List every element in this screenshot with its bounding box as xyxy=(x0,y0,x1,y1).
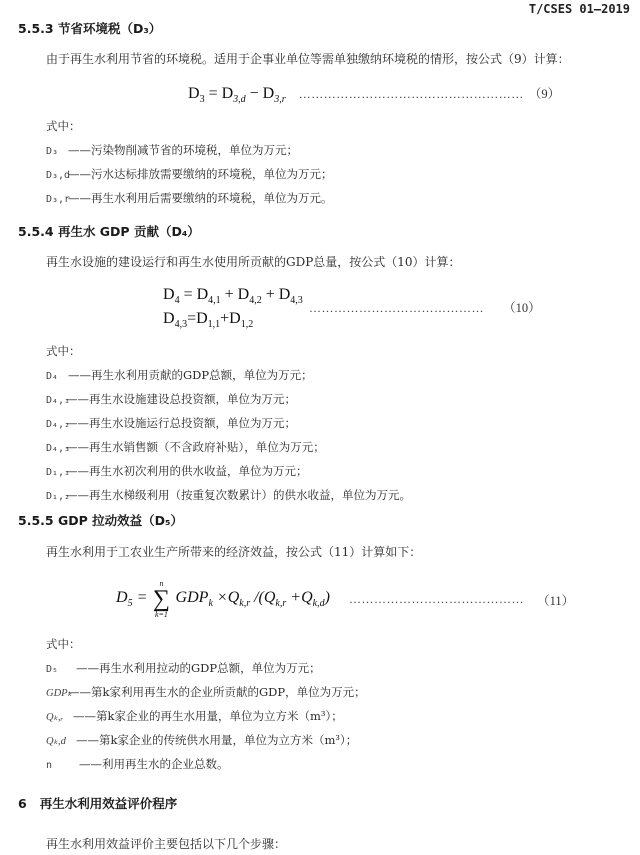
variable-desc: ——第k家企业的再生水用量，单位为立方米（m³）； xyxy=(73,709,343,723)
variable-row: Qₖ,d——第k家企业的传统供水用量，单位为立方米（m³）； xyxy=(46,732,357,748)
section-intro-5-5-3: 由于再生水利用节省的环境税。适用于企事业单位等需单独缴纳环境税的情形，按公式（9… xyxy=(46,50,570,67)
variable-desc: ——污染物削减节省的环境税，单位为万元； xyxy=(68,143,298,157)
variable-row: D₄,₃——再生水销售额（不含政府补贴），单位为万元； xyxy=(46,439,325,455)
formula-9-leader: ……………………………………………… xyxy=(299,87,524,101)
where-label: 式中： xyxy=(46,118,81,134)
where-label: 式中： xyxy=(46,343,81,359)
variable-symbol: D₁,₁ xyxy=(46,467,66,478)
variable-desc: ——再生水利用后需要缴纳的环境税，单位为万元。 xyxy=(68,191,333,205)
formula-10: D4 = D4,1 + D4,2 + D4,3 D4,3=D1,1+D1,2 xyxy=(163,286,303,330)
section-heading-5-5-4: 5.5.4 再生水 GDP 贡献（D₄） xyxy=(18,222,200,240)
formula-10-line1: D4 = D4,1 + D4,2 + D4,3 xyxy=(163,286,303,306)
formula-11-rhs: GDPk ×Qk,r /(Qk,r +Qk,d) xyxy=(176,589,330,606)
variable-desc: ——再生水销售额（不含政府补贴），单位为万元； xyxy=(66,440,325,454)
variable-row: D₄,₂——再生水设施运行总投资额，单位为万元； xyxy=(46,415,296,431)
formula-11-leader: …………………………………… xyxy=(349,592,524,606)
variable-desc: ——再生水初次利用的供水收益，单位为万元； xyxy=(66,464,308,478)
variable-symbol: D₄ xyxy=(46,371,68,382)
variable-symbol: D₃ xyxy=(46,146,68,157)
variable-row: n——利用再生水的企业总数。 xyxy=(46,756,229,772)
variable-row: D₃,r——再生水利用后需要缴纳的环境税，单位为万元。 xyxy=(46,190,333,206)
variable-row: Qₖ,ᵣ——第k家企业的再生水用量，单位为立方米（m³）； xyxy=(46,708,343,724)
standard-id: T/CSES 01—2019 xyxy=(529,2,630,16)
variable-desc: ——再生水设施运行总投资额，单位为万元； xyxy=(66,416,296,430)
chapter-6-heading: 6 再生水利用效益评价程序 xyxy=(18,794,177,812)
variable-row: D₄——再生水利用贡献的GDP总额，单位为万元； xyxy=(46,367,313,383)
formula-9-number: （9） xyxy=(529,87,560,101)
variable-desc: ——再生水利用贡献的GDP总额，单位为万元； xyxy=(68,368,313,382)
variable-symbol: Qₖ,ᵣ xyxy=(46,711,73,723)
variable-symbol: D₁,₂ xyxy=(46,491,66,502)
sigma-icon: n∑k=1 xyxy=(152,580,170,619)
variable-desc: ——利用再生水的企业总数。 xyxy=(79,757,229,771)
formula-10-number: （10） xyxy=(503,301,541,315)
variable-row: D₃——污染物削减节省的环境税，单位为万元； xyxy=(46,142,298,158)
formula-10-line2: D4,3=D1,1+D1,2 xyxy=(163,310,303,330)
variable-symbol: D₄,₃ xyxy=(46,443,66,454)
variable-desc: ——再生水梯级利用（按重复次数累计）的供水收益，单位为万元。 xyxy=(66,488,411,502)
variable-row: D₄,₁——再生水设施建设总投资额，单位为万元； xyxy=(46,391,296,407)
section-intro-5-5-4: 再生水设施的建设运行和再生水使用所贡献的GDP总量，按公式（10）计算： xyxy=(46,253,461,270)
variable-row: D₅——再生水利用拉动的GDP总额，单位为万元； xyxy=(46,660,321,676)
section-heading-5-5-3: 5.5.3 节省环境税（D₃） xyxy=(18,19,161,37)
variable-symbol: D₃,d xyxy=(46,170,68,181)
section-intro-5-5-5: 再生水利用于工农业生产所带来的经济效益，按公式（11）计算如下： xyxy=(46,543,421,560)
variable-symbol: D₅ xyxy=(46,664,76,675)
variable-row: D₁,₂——再生水梯级利用（按重复次数累计）的供水收益，单位为万元。 xyxy=(46,487,411,503)
formula-11-number: （11） xyxy=(537,594,574,608)
formula-10-leader: …………………………………… xyxy=(309,301,484,315)
variable-desc: ——污水达标排放需要缴纳的环境税，单位为万元； xyxy=(68,167,333,181)
variable-desc: ——第k家企业的传统供水用量，单位为立方米（m³）； xyxy=(76,733,357,747)
variable-desc: ——再生水利用拉动的GDP总额，单位为万元； xyxy=(76,661,321,675)
variable-symbol: D₄,₁ xyxy=(46,395,66,406)
formula-10-tail: …………………………………… （10） xyxy=(309,297,541,316)
variable-desc: ——第k家利用再生水的企业所贡献的GDP，单位为万元； xyxy=(68,685,366,699)
chapter-6-intro: 再生水利用效益评价主要包括以下几个步骤： xyxy=(46,835,286,852)
formula-11-lhs: D5 = xyxy=(116,589,147,606)
variable-symbol: GDPₖ xyxy=(46,687,68,699)
variable-desc: ——再生水设施建设总投资额，单位为万元； xyxy=(66,392,296,406)
variable-row: GDPₖ——第k家利用再生水的企业所贡献的GDP，单位为万元； xyxy=(46,684,366,700)
variable-row: D₃,d——污水达标排放需要缴纳的环境税，单位为万元； xyxy=(46,166,333,182)
section-heading-5-5-5: 5.5.5 GDP 拉动效益（D₅） xyxy=(18,511,183,529)
variable-symbol: Qₖ,d xyxy=(46,735,76,747)
variable-row: D₁,₁——再生水初次利用的供水收益，单位为万元； xyxy=(46,463,308,479)
variable-symbol: n xyxy=(46,760,79,771)
formula-9-expression: D3 = D3,d − D3,r xyxy=(188,85,286,102)
formula-11: D5 = n∑k=1 GDPk ×Qk,r /(Qk,r +Qk,d) …………… xyxy=(116,580,574,619)
formula-9: D3 = D3,d − D3,r ……………………………………………… （9） xyxy=(188,83,560,105)
variable-symbol: D₄,₂ xyxy=(46,419,66,430)
variable-symbol: D₃,r xyxy=(46,194,68,205)
where-label: 式中： xyxy=(46,636,81,652)
